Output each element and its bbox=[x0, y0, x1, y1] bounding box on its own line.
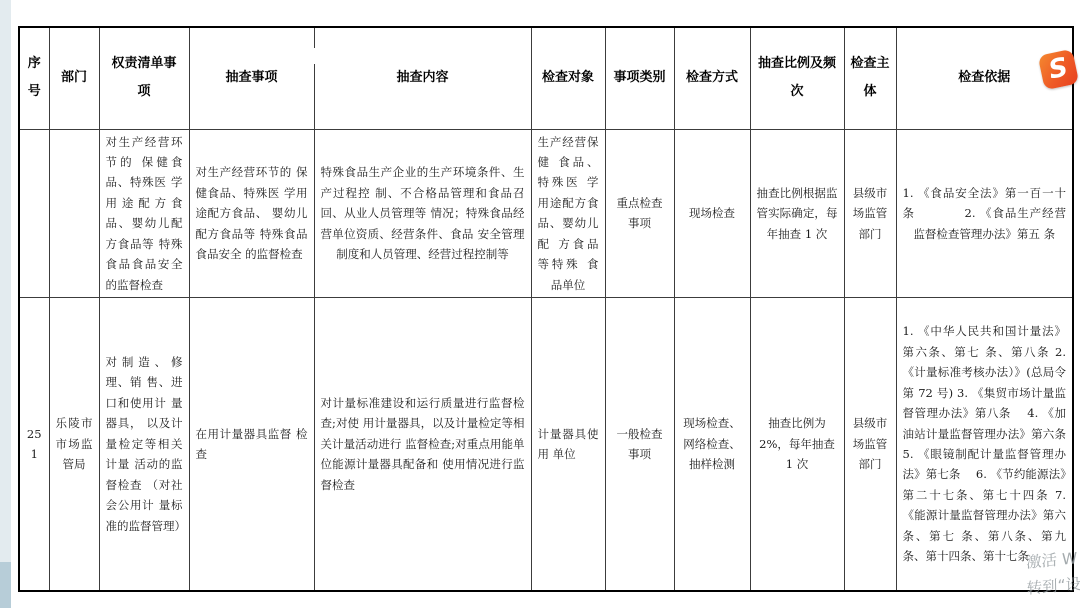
header-inspection-target: 检查对象 bbox=[531, 27, 605, 129]
cell-department: 乐陵市市场监管局 bbox=[49, 298, 99, 591]
soogif-logo-letter: S bbox=[1046, 54, 1070, 83]
cell-duty-list-item: 对制造、修理、销 售、进口和使用计 量器具， 以及计量检定等相关计量 活动的监督… bbox=[99, 298, 189, 591]
scrollbar-thumb[interactable] bbox=[0, 562, 11, 608]
table-row: 对生产经营环节的 保健食品、特殊医 学用途配方食品、婴幼儿配方食品等 特殊食品食… bbox=[19, 129, 1073, 298]
header-spot-check-content: 抽查内容 bbox=[314, 27, 531, 129]
header-inspection-subject: 检查主体 bbox=[844, 27, 896, 129]
cell-duty-list-item: 对生产经营环节的 保健食品、特殊医 学用途配方食品、婴幼儿配方食品等 特殊食品食… bbox=[99, 129, 189, 298]
cell-item-category: 重点检查事项 bbox=[605, 129, 674, 298]
cell-ratio-frequency: 抽查比例为 2%，每年抽查 1 次 bbox=[750, 298, 844, 591]
cell-inspection-subject: 县级市场监管部门 bbox=[844, 129, 896, 298]
cell-ratio-frequency: 抽查比例根据监管实际确定，每年抽查 1 次 bbox=[750, 129, 844, 298]
inspection-items-table: 序号 部门 权责清单事项 抽查事项 抽查内容 检查对象 事项类别 检查方式 抽查… bbox=[18, 26, 1074, 592]
scrollbar-track[interactable] bbox=[0, 0, 11, 608]
cell-department bbox=[49, 129, 99, 298]
cell-spot-check-content: 对计量标准建设和运行质量进行监督检查;对使 用计量器具，以及计量检定等相关计量活… bbox=[314, 298, 531, 591]
cell-inspection-method: 现场检查、网络检查、抽样检测 bbox=[674, 298, 750, 591]
header-ratio-frequency: 抽查比例及频次 bbox=[750, 27, 844, 129]
cell-serial-number bbox=[19, 129, 49, 298]
cell-inspection-basis: 1. 《食品安全法》第一百一十条 2. 《食品生产经营监督检查管理办法》第五 条 bbox=[896, 129, 1073, 298]
cell-inspection-subject: 县级市场监管部门 bbox=[844, 298, 896, 591]
table-header-row: 序号 部门 权责清单事项 抽查事项 抽查内容 检查对象 事项类别 检查方式 抽查… bbox=[19, 27, 1073, 129]
header-department: 部门 bbox=[49, 27, 99, 129]
cell-inspection-target: 生产经营保健 食品、特殊医 学用途配方食 品、婴幼儿配 方食品等特殊 食品单位 bbox=[531, 129, 605, 298]
cell-item-category: 一般检查事项 bbox=[605, 298, 674, 591]
header-inspection-method: 检查方式 bbox=[674, 27, 750, 129]
cell-inspection-method: 现场检查 bbox=[674, 129, 750, 298]
cell-spot-check-content: 特殊食品生产企业的生产环境条件、生产过程控 制、不合格品管理和食品召回、从业人员… bbox=[314, 129, 531, 298]
cell-spot-check-item: 在用计量器具监督 检查 bbox=[189, 298, 314, 591]
cell-serial-number: 251 bbox=[19, 298, 49, 591]
cell-inspection-target: 计量器具使用 单位 bbox=[531, 298, 605, 591]
header-serial-number: 序号 bbox=[19, 27, 49, 129]
header-spot-check-item: 抽查事项 bbox=[189, 27, 314, 129]
header-duty-list-item: 权责清单事项 bbox=[99, 27, 189, 129]
header-item-category: 事项类别 bbox=[605, 27, 674, 129]
cell-spot-check-item: 对生产经营环节的 保健食品、特殊医 学用途配方食品、 婴幼儿配方食品等 特殊食品… bbox=[189, 129, 314, 298]
erased-watermark-patch bbox=[300, 48, 390, 64]
table-row: 251 乐陵市市场监管局 对制造、修理、销 售、进口和使用计 量器具， 以及计量… bbox=[19, 298, 1073, 591]
